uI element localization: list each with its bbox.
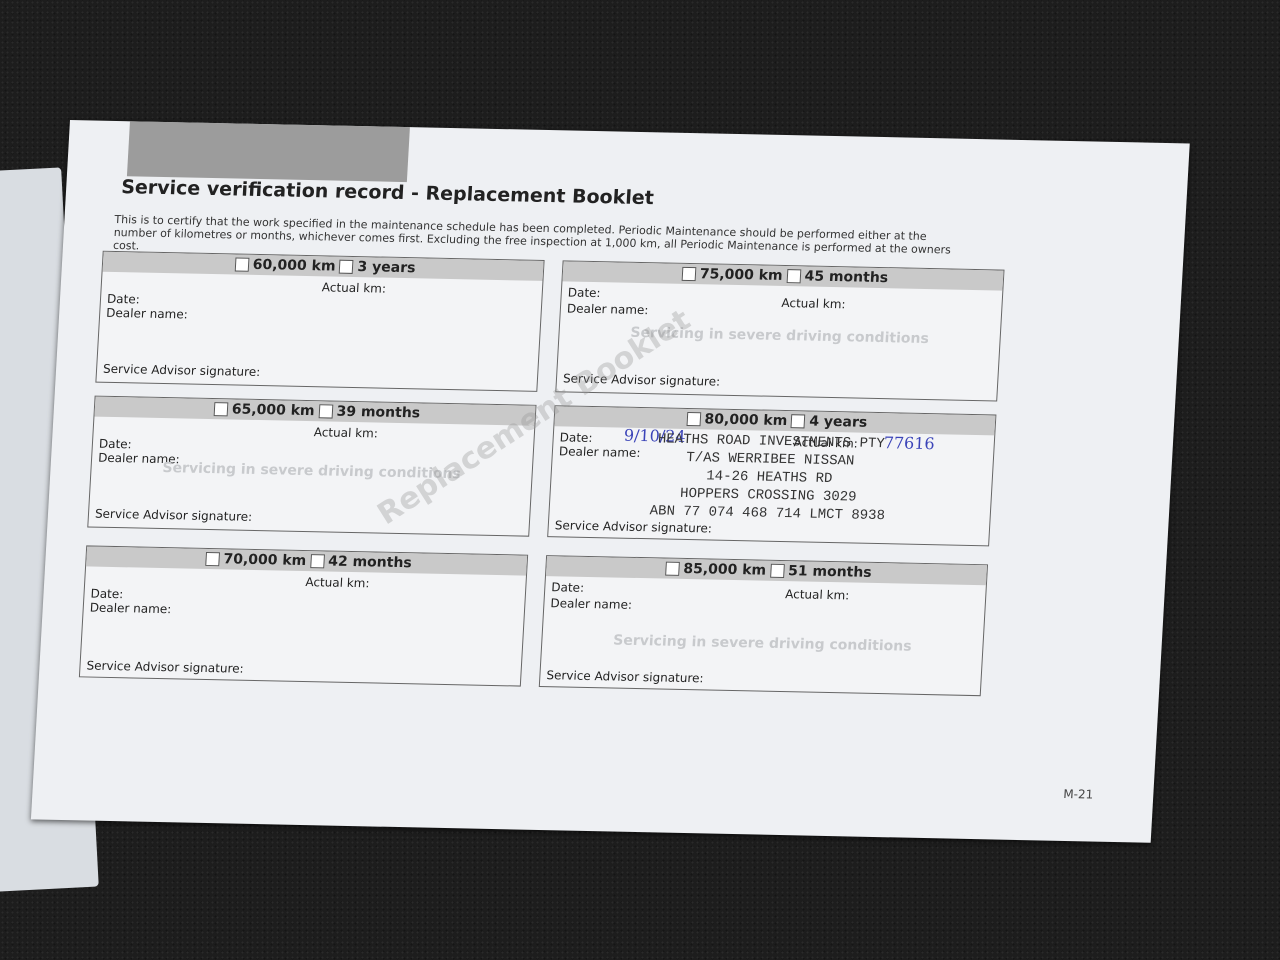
- page-number: M-21: [1063, 787, 1094, 802]
- km-checkbox[interactable]: [681, 267, 696, 281]
- dealer-stamp: HEATHS ROAD INVESTMENTS PTYT/AS WERRIBEE…: [649, 430, 889, 525]
- time-checkbox[interactable]: [791, 414, 806, 428]
- record-70000: 70,000 km42 months Actual km: Date: Deal…: [79, 545, 528, 686]
- time-checkbox[interactable]: [770, 564, 785, 578]
- km-checkbox[interactable]: [665, 562, 680, 576]
- booklet-page: Service verification record - Replacemen…: [31, 120, 1190, 843]
- km-checkbox[interactable]: [234, 257, 249, 271]
- km-checkbox[interactable]: [686, 412, 701, 426]
- header-tab: [127, 121, 410, 182]
- record-85000: 85,000 km51 months Date: Actual km: Deal…: [539, 555, 988, 696]
- time-checkbox[interactable]: [339, 260, 354, 274]
- page-title: Service verification record - Replacemen…: [121, 176, 655, 209]
- km-checkbox[interactable]: [213, 402, 228, 416]
- km-checkbox[interactable]: [205, 552, 220, 566]
- time-checkbox[interactable]: [318, 404, 333, 418]
- time-checkbox[interactable]: [786, 269, 801, 283]
- time-checkbox[interactable]: [310, 554, 325, 568]
- record-75000: 75,000 km45 months Date: Actual km: Deal…: [555, 260, 1004, 401]
- record-60000: 60,000 km3 years Actual km: Date: Dealer…: [95, 251, 544, 392]
- record-80000: 80,000 km4 years Date: Actual km: Dealer…: [547, 405, 996, 546]
